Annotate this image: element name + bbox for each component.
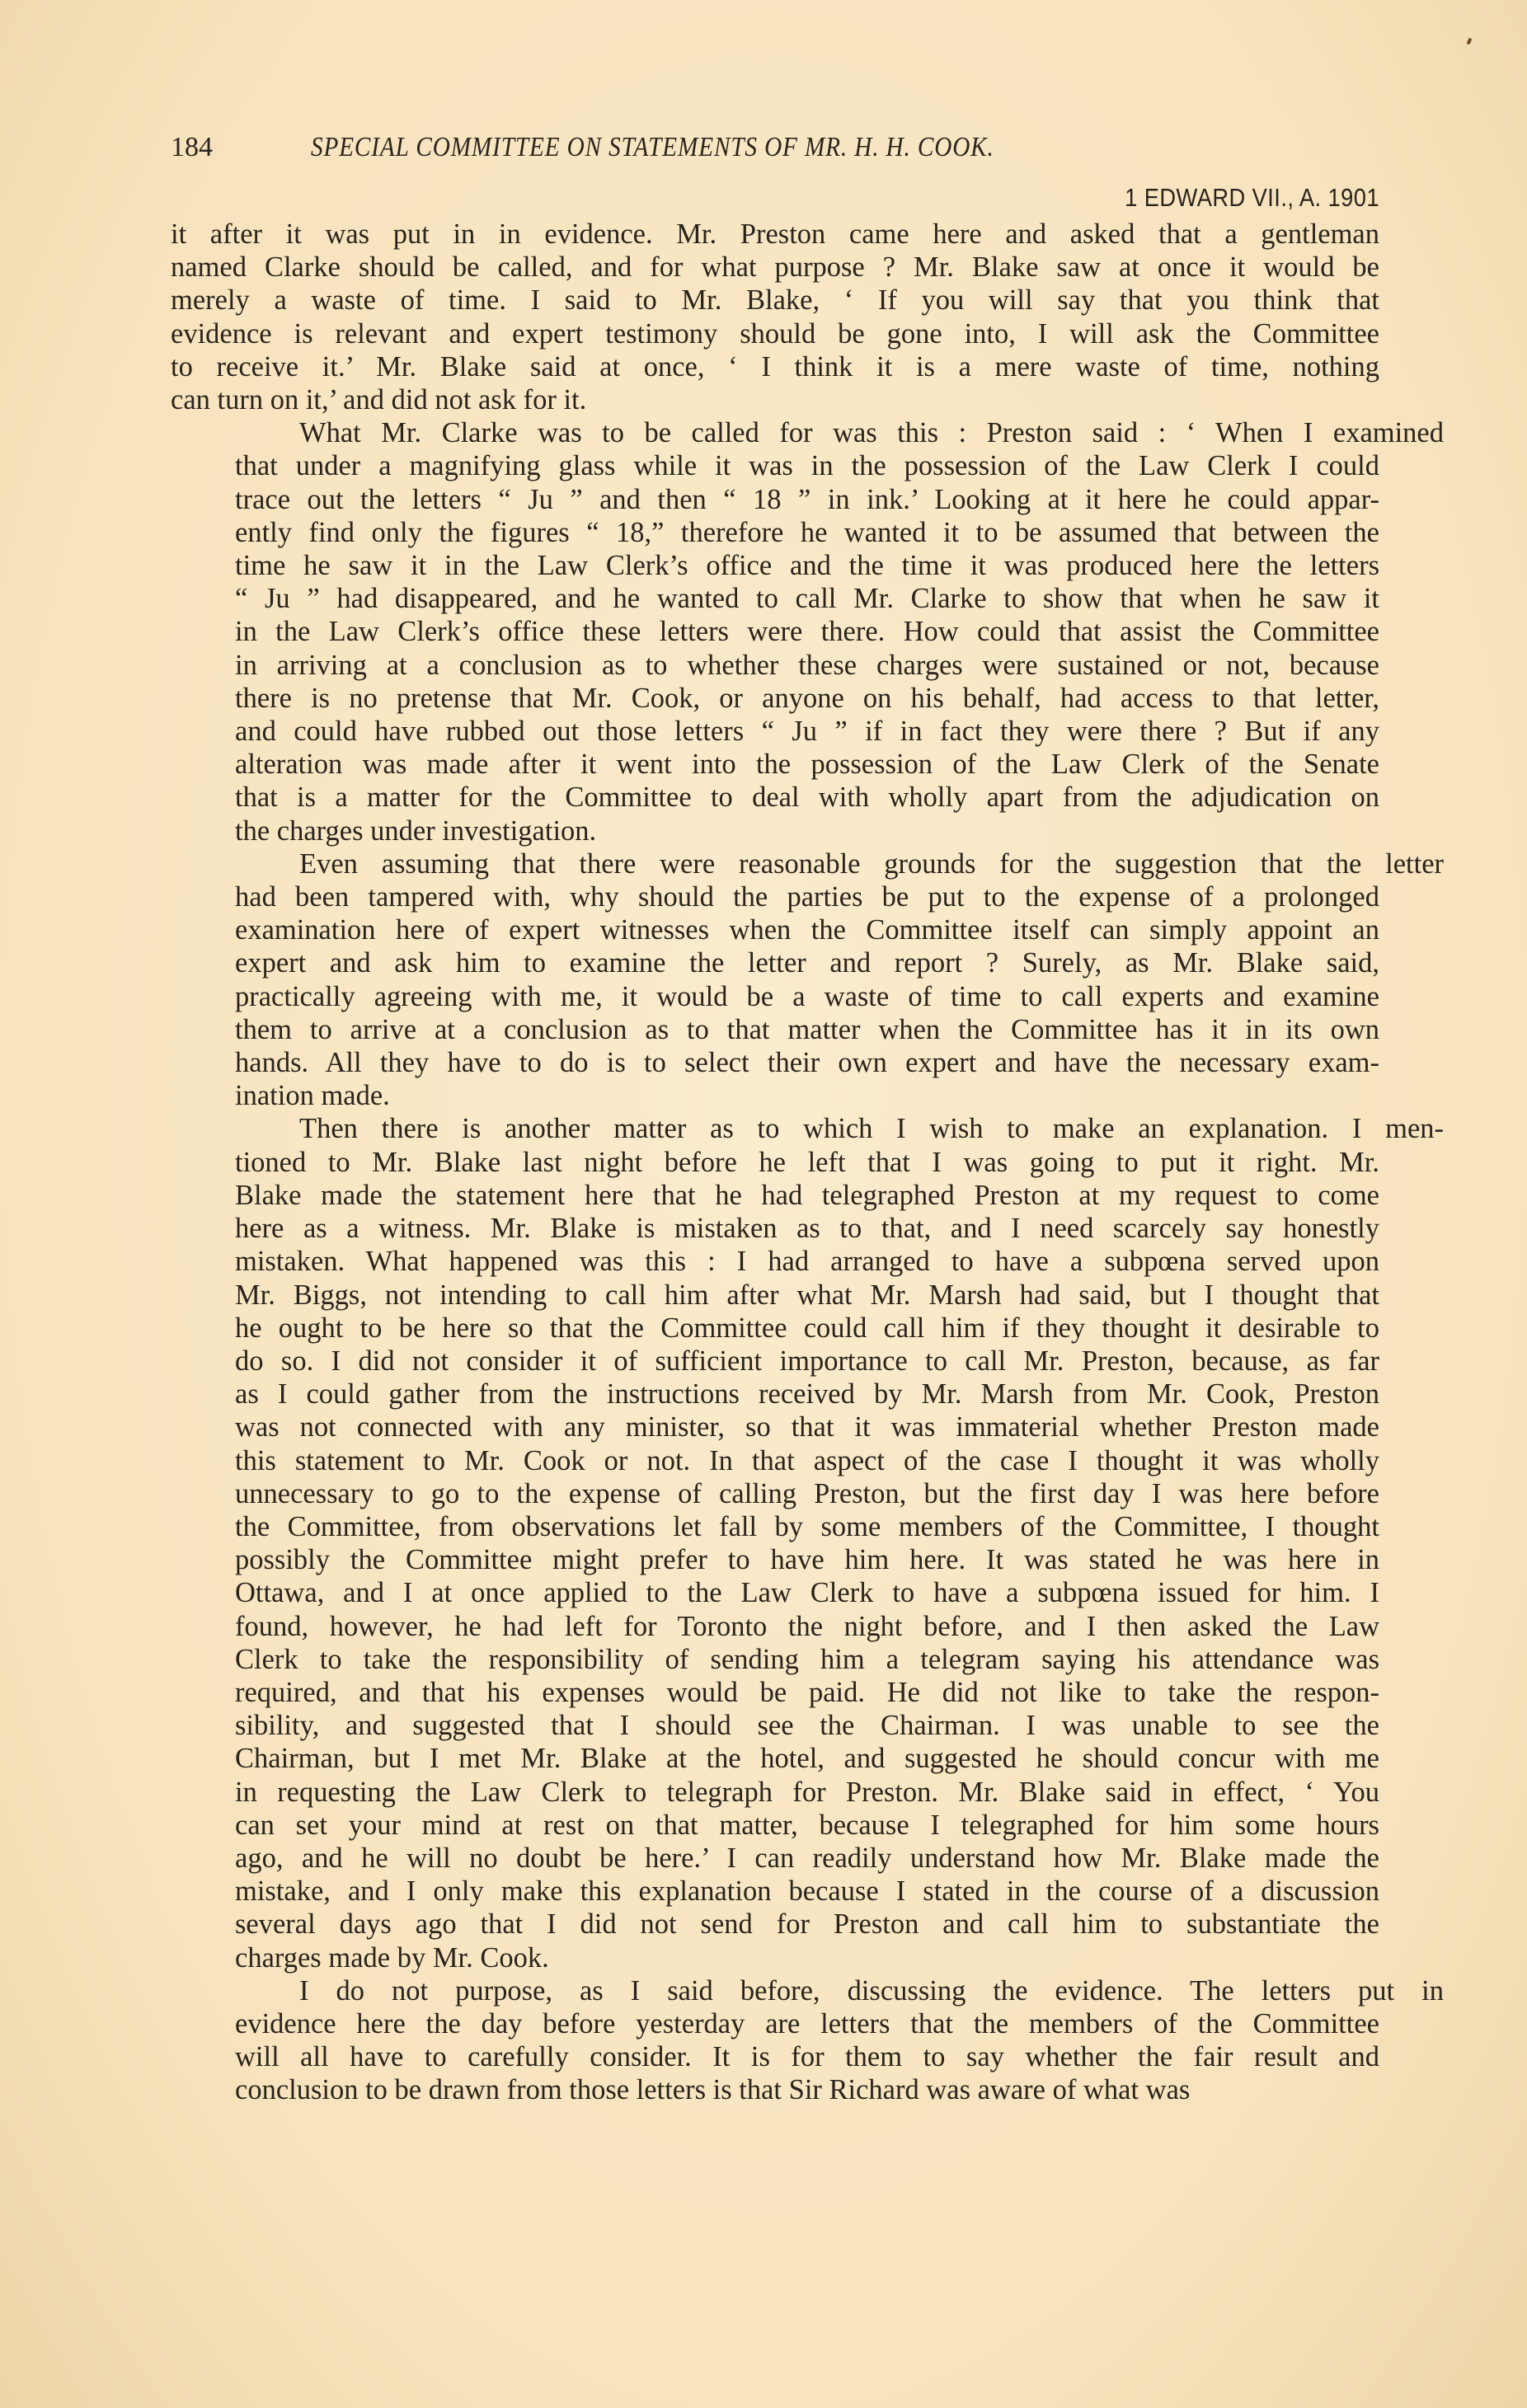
text-line: merely a waste of time. I said to Mr. Bl… bbox=[171, 284, 1379, 317]
text-line: Blake made the statement here that he ha… bbox=[171, 1179, 1379, 1212]
text-line: will all have to carefully consider. It … bbox=[171, 2040, 1379, 2073]
text-line: was not connected with any minister, so … bbox=[171, 1411, 1379, 1443]
text-line: Then there is another matter as to which… bbox=[171, 1112, 1444, 1145]
text-line: the Committee, from observations let fal… bbox=[171, 1510, 1379, 1543]
text-line: do so. I did not consider it of sufficie… bbox=[171, 1345, 1379, 1378]
running-head: 184 SPECIAL COMMITTEE ON STATEMENTS OF M… bbox=[171, 132, 1379, 173]
text-line: there is no pretense that Mr. Cook, or a… bbox=[171, 682, 1379, 715]
text-line: as I could gather from the instructions … bbox=[171, 1378, 1379, 1411]
text-line: tioned to Mr. Blake last night before he… bbox=[171, 1146, 1379, 1179]
text-line: hands. All they have to do is to select … bbox=[171, 1046, 1379, 1079]
text-line: and could have rubbed out those letters … bbox=[171, 715, 1379, 748]
paragraph: What Mr. Clarke was to be called for was… bbox=[171, 416, 1379, 847]
text-line: alteration was made after it went into t… bbox=[171, 748, 1379, 781]
text-line: practically agreeing with me, it would b… bbox=[171, 980, 1379, 1013]
text-line: Even assuming that there were reasonable… bbox=[171, 847, 1444, 880]
body-text: it after it was put in in evidence. Mr. … bbox=[171, 218, 1379, 2107]
text-line: that is a matter for the Committee to de… bbox=[171, 781, 1379, 814]
text-line: in arriving at a conclusion as to whethe… bbox=[171, 649, 1379, 682]
paragraph: Even assuming that there were reasonable… bbox=[171, 847, 1379, 1113]
text-line: examination here of expert witnesses whe… bbox=[171, 913, 1379, 946]
text-line: mistaken. What happened was this : I had… bbox=[171, 1245, 1379, 1278]
text-line: ago, and he will no doubt be here.’ I ca… bbox=[171, 1842, 1379, 1875]
text-line: he ought to be here so that the Committe… bbox=[171, 1312, 1379, 1345]
text-line: ination made. bbox=[171, 1079, 1379, 1112]
text-line: possibly the Committee might prefer to h… bbox=[171, 1543, 1379, 1576]
text-line: in requesting the Law Clerk to telegraph… bbox=[171, 1776, 1379, 1809]
text-line: expert and ask him to examine the letter… bbox=[171, 946, 1379, 979]
text-line: that under a magnifying glass while it w… bbox=[171, 449, 1379, 482]
text-line: several days ago that I did not send for… bbox=[171, 1908, 1379, 1941]
text-line: mistake, and I only make this explanatio… bbox=[171, 1875, 1379, 1908]
text-line: them to arrive at a conclusion as to tha… bbox=[171, 1013, 1379, 1046]
text-line: Mr. Biggs, not intending to call him aft… bbox=[171, 1279, 1379, 1312]
text-line: found, however, he had left for Toronto … bbox=[171, 1610, 1379, 1643]
text-line: this statement to Mr. Cook or not. In th… bbox=[171, 1444, 1379, 1477]
text-line: Clerk to take the responsibility of send… bbox=[171, 1643, 1379, 1676]
text-line: unnecessary to go to the expense of call… bbox=[171, 1477, 1379, 1510]
text-line: required, and that his expenses would be… bbox=[171, 1676, 1379, 1709]
text-line: evidence is relevant and expert testimon… bbox=[171, 317, 1379, 350]
document-page: 184 SPECIAL COMMITTEE ON STATEMENTS OF M… bbox=[171, 132, 1379, 2107]
text-line: time he saw it in the Law Clerk’s office… bbox=[171, 549, 1379, 582]
text-line: Ottawa, and I at once applied to the Law… bbox=[171, 1576, 1379, 1609]
text-line: had been tampered with, why should the p… bbox=[171, 880, 1379, 913]
paper-speck bbox=[1466, 38, 1472, 45]
text-line: it after it was put in in evidence. Mr. … bbox=[171, 218, 1379, 251]
text-line: trace out the letters “ Ju ” and then “ … bbox=[171, 483, 1379, 516]
paragraph: Then there is another matter as to which… bbox=[171, 1112, 1379, 1974]
page-number: 184 bbox=[171, 132, 311, 163]
text-line: can turn on it,’ and did not ask for it. bbox=[171, 383, 1379, 416]
text-line: ently find only the figures “ 18,” there… bbox=[171, 516, 1379, 549]
text-line: the charges under investigation. bbox=[171, 814, 1379, 847]
text-line: charges made by Mr. Cook. bbox=[171, 1941, 1379, 1974]
text-line: What Mr. Clarke was to be called for was… bbox=[171, 416, 1444, 449]
text-line: can set your mind at rest on that matter… bbox=[171, 1809, 1379, 1842]
text-line: here as a witness. Mr. Blake is mistaken… bbox=[171, 1212, 1379, 1245]
text-line: named Clarke should be called, and for w… bbox=[171, 251, 1379, 284]
text-line: Chairman, but I met Mr. Blake at the hot… bbox=[171, 1742, 1379, 1775]
text-line: in the Law Clerk’s office these letters … bbox=[171, 615, 1379, 648]
text-line: I do not purpose, as I said before, disc… bbox=[171, 1974, 1444, 2007]
text-line: evidence here the day before yesterday a… bbox=[171, 2007, 1379, 2040]
text-line: sibility, and suggested that I should se… bbox=[171, 1709, 1379, 1742]
text-line: “ Ju ” had disappeared, and he wanted to… bbox=[171, 582, 1379, 615]
paragraph: I do not purpose, as I said before, disc… bbox=[171, 1974, 1379, 2107]
session-line: 1 EDWARD VII., A. 1901 bbox=[316, 183, 1379, 218]
running-title: SPECIAL COMMITTEE ON STATEMENTS OF MR. H… bbox=[311, 132, 994, 163]
text-line: conclusion to be drawn from those letter… bbox=[171, 2073, 1379, 2106]
paragraph: it after it was put in in evidence. Mr. … bbox=[171, 218, 1379, 416]
text-line: to receive it.’ Mr. Blake said at once, … bbox=[171, 350, 1379, 383]
